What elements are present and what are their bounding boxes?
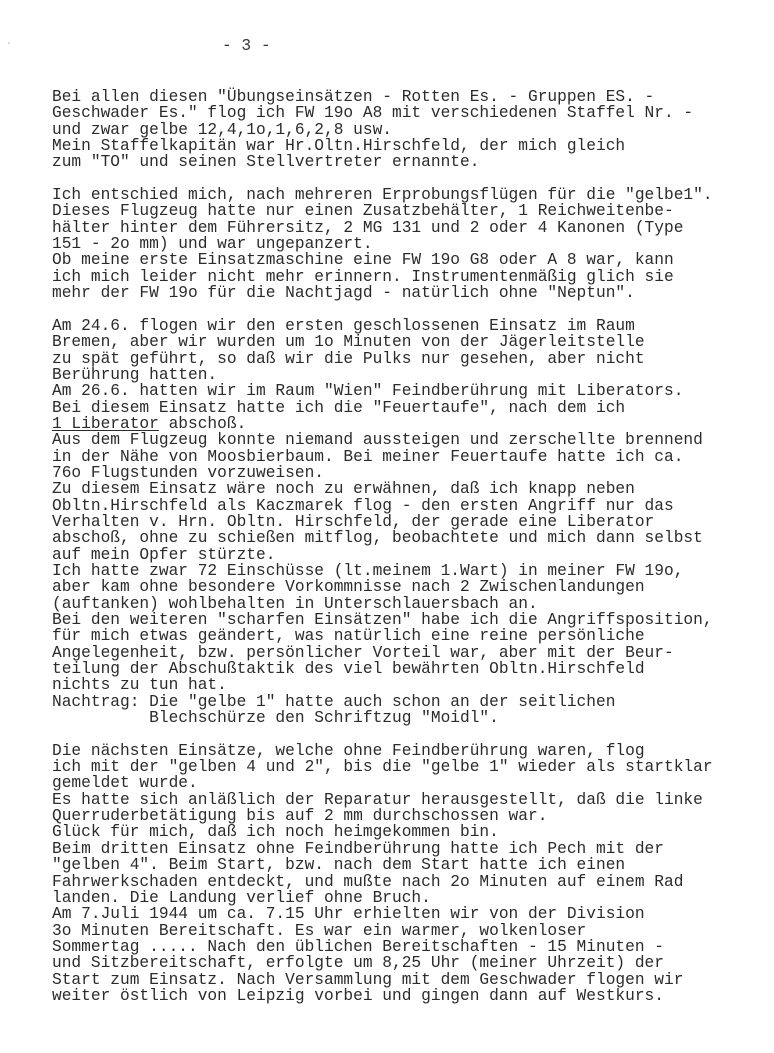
text-line: in der Nähe von Moosbierbaum. Bei meiner… [52,449,713,465]
text-line: Blechschürze den Schriftzug "Moidl". [52,710,713,726]
text-segment: abschoß. [159,415,246,433]
text-line: zum "TO" und seinen Stellvertreter ernan… [52,154,713,170]
text-line: Querruderbetätigung bis auf 2 mm durchsc… [52,808,713,824]
text-line: ich mich leider nicht mehr erinnern. Ins… [52,269,713,285]
paragraph-spacer [52,726,713,742]
paragraph: Am 24.6. flogen wir den ersten geschloss… [52,318,713,727]
text-line: Bremen, aber wir wurden um 1o Minuten vo… [52,334,713,350]
text-line: ich mit der "gelben 4 und 2", bis die "g… [52,759,713,775]
text-line: Start zum Einsatz. Nach Versammlung mit … [52,972,713,988]
text-line: Aus dem Flugzeug konnte niemand aussteig… [52,432,713,448]
text-line: Bei den weiteren "scharfen Einsätzen" ha… [52,612,713,628]
text-line: 151 - 2o mm) und war ungepanzert. [52,236,713,252]
text-line: Bei allen diesen "Übungseinsätzen - Rott… [52,89,713,105]
text-line: Am 7.Juli 1944 um ca. 7.15 Uhr erhielten… [52,906,713,922]
text-line: gemeldet wurde. [52,775,713,791]
text-line: Berührung hatten. [52,367,713,383]
text-line: Sommertag ..... Nach den üblichen Bereit… [52,939,713,955]
text-line: (auftanken) wohlbehalten in Unterschlaue… [52,596,713,612]
text-line: weiter östlich von Leipzig vorbei und gi… [52,988,713,1004]
underlined-text: 1 Liberator [52,415,159,433]
scan-speck [8,42,10,44]
text-line: Verhalten v. Hrn. Obltn. Hirschfeld, der… [52,514,713,530]
paragraph: Die nächsten Einsätze, welche ohne Feind… [52,743,713,1005]
paragraph: Ich entschied mich, nach mehreren Erprob… [52,187,713,301]
text-line: und Sitzbereitschaft, erfolgte um 8,25 U… [52,955,713,971]
paragraph-spacer [52,171,713,187]
text-line: Glück für mich, daß ich noch heimgekomme… [52,824,713,840]
text-line: Am 24.6. flogen wir den ersten geschloss… [52,318,713,334]
text-line: für mich etwas geändert, was natürlich e… [52,628,713,644]
text-line: Geschwader Es." flog ich FW 19o A8 mit v… [52,105,713,121]
text-line: zu spät geführt, so daß wir die Pulks nu… [52,351,713,367]
text-line: Es hatte sich anläßlich der Reparatur he… [52,792,713,808]
text-line: landen. Die Landung verlief ohne Bruch. [52,890,713,906]
text-line: Ich hatte zwar 72 Einschüsse (lt.meinem … [52,563,713,579]
text-line: Obltn.Hirschfeld als Kaczmarek flog - de… [52,498,713,514]
text-line: nichts zu tun hat. [52,677,713,693]
text-line: 76o Flugstunden vorzuweisen. [52,465,713,481]
text-line: Bei diesem Einsatz hatte ich die "Feuert… [52,400,713,416]
text-line: und zwar gelbe 12,4,1o,1,6,2,8 usw. [52,122,713,138]
document-body: Bei allen diesen "Übungseinsätzen - Rott… [52,89,713,1004]
text-line: Die nächsten Einsätze, welche ohne Feind… [52,743,713,759]
text-line: mehr der FW 19o für die Nachtjagd - natü… [52,285,713,301]
text-line: auf mein Opfer stürzte. [52,547,713,563]
text-line: Ich entschied mich, nach mehreren Erprob… [52,187,713,203]
text-line: hälter hinter dem Führersitz, 2 MG 131 u… [52,220,713,236]
text-line: teilung der Abschußtaktik des viel bewäh… [52,661,713,677]
text-line: "gelben 4". Beim Start, bzw. nach dem St… [52,857,713,873]
text-line: Angelegenheit, bzw. persönlicher Vorteil… [52,645,713,661]
text-line: aber kam ohne besondere Vorkommnisse nac… [52,579,713,595]
page-number: - 3 - [222,38,271,54]
text-line: 1 Liberator abschoß. [52,416,713,432]
text-line: Am 26.6. hatten wir im Raum "Wien" Feind… [52,383,713,399]
text-line: Nachtrag: Die "gelbe 1" hatte auch schon… [52,694,713,710]
text-line: Ob meine erste Einsatzmaschine eine FW 1… [52,252,713,268]
text-line: Fahrwerkschaden entdeckt, und mußte nach… [52,874,713,890]
text-line: abschoß, ohne zu schießen mitflog, beoba… [52,530,713,546]
text-line: Beim dritten Einsatz ohne Feindberührung… [52,841,713,857]
text-line: Dieses Flugzeug hatte nur einen Zusatzbe… [52,203,713,219]
text-line: Zu diesem Einsatz wäre noch zu erwähnen,… [52,481,713,497]
paragraph-spacer [52,301,713,317]
text-line: Mein Staffelkapitän war Hr.Oltn.Hirschfe… [52,138,713,154]
paragraph: Bei allen diesen "Übungseinsätzen - Rott… [52,89,713,171]
text-line: 3o Minuten Bereitschaft. Es war ein warm… [52,923,713,939]
